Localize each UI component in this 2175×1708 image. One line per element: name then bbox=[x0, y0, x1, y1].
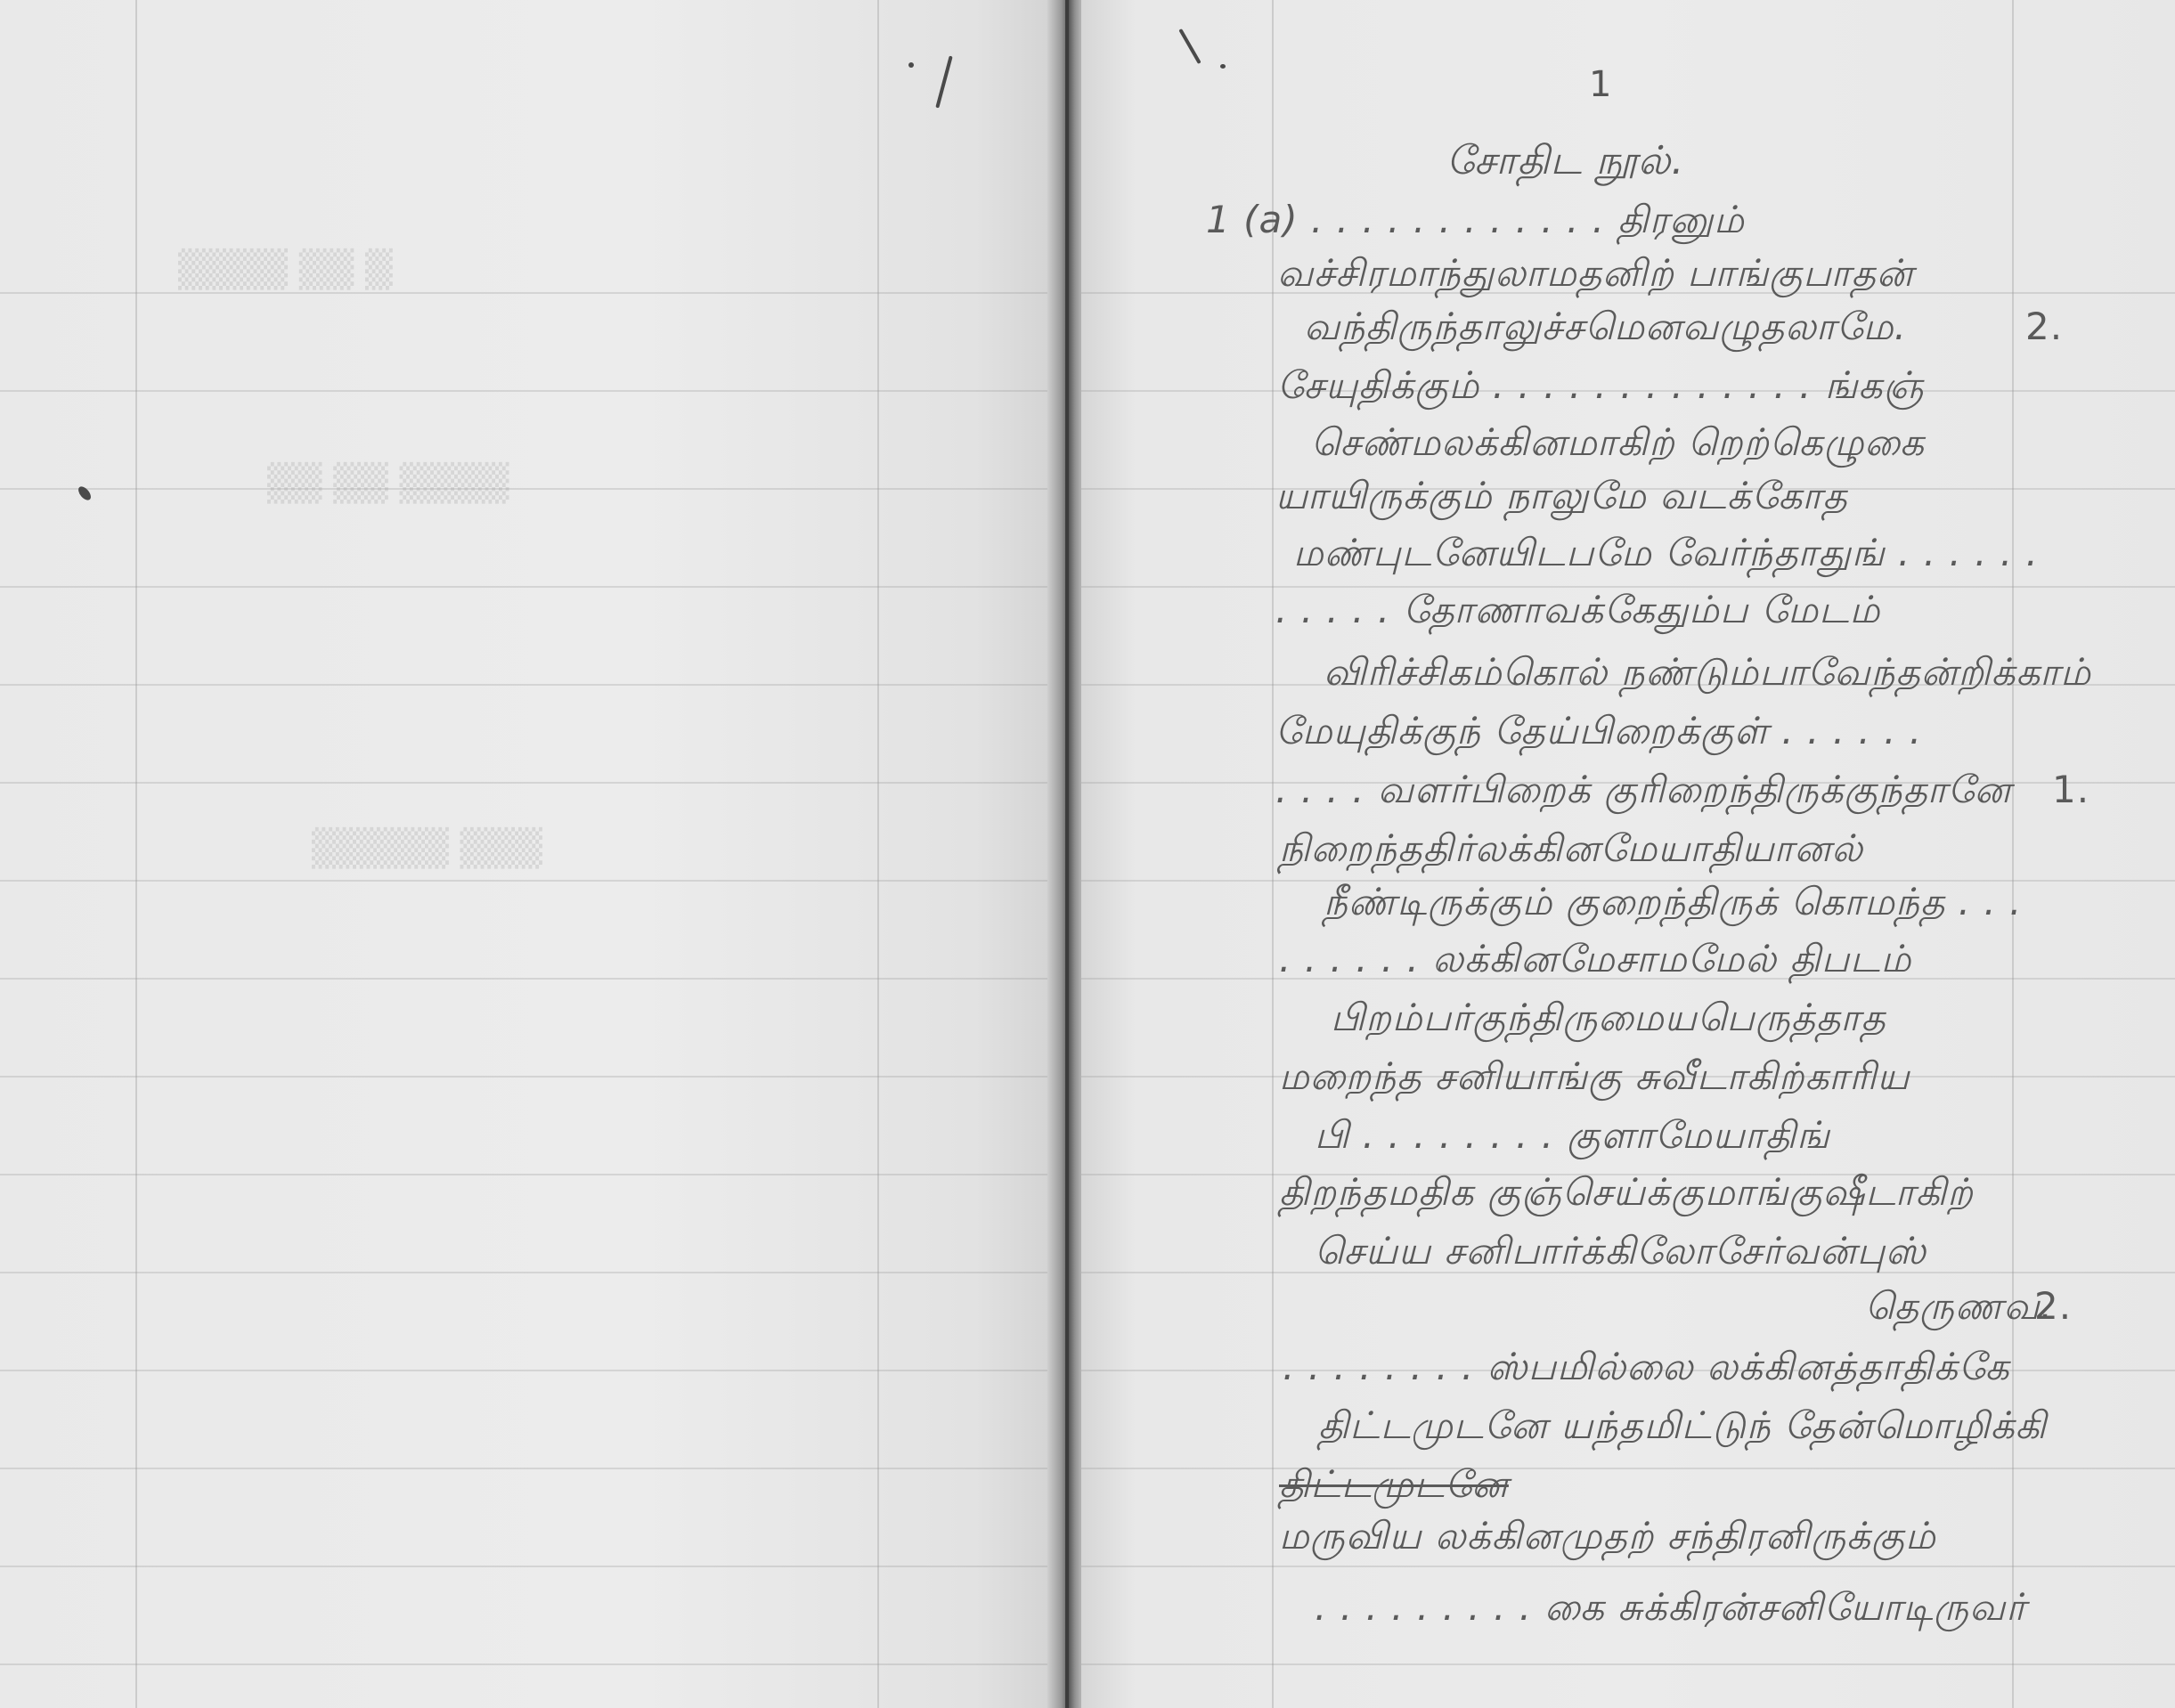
bleed-through-text: ▒ ▒▒ ▒▒▒▒ bbox=[178, 249, 393, 290]
ruled-line bbox=[0, 880, 1051, 882]
manuscript-line: நிறைந்ததிர்லக்கினமேயாதியானல் bbox=[1279, 826, 1863, 875]
manuscript-line: மேயுதிக்குந் தேய்பிறைக்குள் . . . . . . bbox=[1275, 709, 1922, 758]
manuscript-line: யாயிருக்கும் நாலுமே வடக்கோத bbox=[1275, 474, 1848, 523]
ruled-line bbox=[0, 1174, 1051, 1175]
ruled-line bbox=[0, 292, 1051, 294]
page-title: சோதிட நூல். bbox=[1446, 138, 1684, 189]
binding-thread bbox=[1065, 0, 1069, 1708]
manuscript-line: விரிச்சிகம்கொல் நண்டும்பாவேந்தன்றிக்காம் bbox=[1324, 650, 2091, 699]
ruled-line bbox=[0, 1076, 1051, 1078]
struck-through-line: திட்டமுடனே bbox=[1279, 1462, 1509, 1511]
manuscript-line: மருவிய லக்கினமுதற் சந்திரனிருக்கும் bbox=[1279, 1514, 1936, 1563]
right-page: 1 சோதிட நூல். 1 (a) . . . . . . . . . . … bbox=[1081, 0, 2175, 1708]
manuscript-line: செண்மலக்கினமாகிற் றெற்கெழுகை bbox=[1311, 420, 1925, 469]
manuscript-line: சேயுதிக்கும் . . . . . . . . . . . . . ங… bbox=[1277, 363, 1924, 412]
manuscript-line: செய்ய சனிபார்க்கிலோசேர்வன்புஸ் bbox=[1315, 1229, 1927, 1278]
manuscript-line: . . . . . . . . . கை சுக்கிரன்சனியோடிருவ… bbox=[1315, 1585, 2026, 1634]
manuscript-line: 1 (a) . . . . . . . . . . . . திரனும் bbox=[1206, 198, 1745, 247]
ink-mark bbox=[935, 56, 952, 109]
bleed-through-text: ▒▒▒▒ ▒▒ ▒▒ bbox=[267, 463, 509, 504]
ruled-line bbox=[0, 684, 1051, 686]
page-number: 1 bbox=[1589, 64, 1612, 105]
verse-number: 2. bbox=[2025, 305, 2063, 348]
manuscript-line: . . . . . தோணாவக்கேதும்ப மேடம் bbox=[1275, 588, 1880, 637]
ruled-line bbox=[0, 782, 1051, 784]
ruled-line bbox=[1081, 1663, 2175, 1665]
manuscript-line: திட்டமுடனே யந்தமிட்டுந் தேன்மொழிக்கி bbox=[1318, 1403, 2047, 1452]
manuscript-line: நீண்டிருக்கும் குறைந்திருக் கொமந்த . . . bbox=[1324, 880, 2022, 929]
left-page: ▒ ▒▒ ▒▒▒▒ ▒▒▒▒ ▒▒ ▒▒ ▒▒▒ ▒▒▒▒▒ bbox=[0, 0, 1060, 1708]
ruled-line bbox=[0, 1370, 1051, 1371]
manuscript-line: தெருணவ. bbox=[1865, 1284, 2053, 1333]
ink-speck bbox=[76, 484, 93, 502]
bleed-through-text: ▒▒▒ ▒▒▒▒▒ bbox=[312, 828, 542, 869]
ruled-line bbox=[0, 1566, 1051, 1567]
ruled-line bbox=[0, 1272, 1051, 1273]
left-inner-margin-line bbox=[877, 0, 879, 1708]
right-margin-line bbox=[1272, 0, 1274, 1708]
manuscript-line: . . . . . . . . ஸ்பமில்லை லக்கினத்தாதிக்… bbox=[1283, 1345, 2010, 1394]
manuscript-line: வச்சிரமாந்துலாமதனிற் பாங்குபாதன் bbox=[1277, 251, 1914, 300]
left-margin-line bbox=[135, 0, 137, 1708]
ink-speck bbox=[1220, 64, 1226, 69]
verse-number: 1. bbox=[2052, 768, 2089, 811]
ruled-line bbox=[0, 390, 1051, 392]
ruled-line bbox=[0, 586, 1051, 588]
ruled-line bbox=[0, 978, 1051, 980]
manuscript-line: மண்புடனேயிடபமே வேர்ந்தாதுங் . . . . . . bbox=[1293, 531, 2039, 580]
ink-speck bbox=[908, 62, 914, 68]
manuscript-line: . . . . வளர்பிறைக் குரிறைந்திருக்குந்தான… bbox=[1275, 768, 2011, 817]
ruled-line bbox=[0, 488, 1051, 490]
manuscript-line: திறந்தமதிக குஞ்செய்க்குமாங்குஷீடாகிற் bbox=[1279, 1170, 1974, 1219]
verse-number: 2. bbox=[2034, 1284, 2072, 1328]
manuscript-line: பிறம்பர்குந்திருமையபெருத்தாத bbox=[1331, 996, 1886, 1045]
manuscript-line: வந்திருந்தாலுச்சமெனவழுதலாமே. bbox=[1304, 305, 1907, 354]
ruled-line bbox=[0, 1468, 1051, 1469]
ruled-line bbox=[0, 1663, 1051, 1665]
ruled-line bbox=[1081, 1566, 2175, 1567]
ruled-line bbox=[1081, 1468, 2175, 1469]
manuscript-line: மறைந்த சனியாங்கு சுவீடாகிற்காரிய bbox=[1279, 1054, 1910, 1103]
manuscript-line: . . . . . . லக்கினமேசாமமேல் திபடம் bbox=[1279, 937, 1911, 986]
manuscript-line: பி . . . . . . . . குளாமேயாதிங் bbox=[1315, 1113, 1830, 1162]
ink-mark bbox=[1178, 28, 1201, 64]
